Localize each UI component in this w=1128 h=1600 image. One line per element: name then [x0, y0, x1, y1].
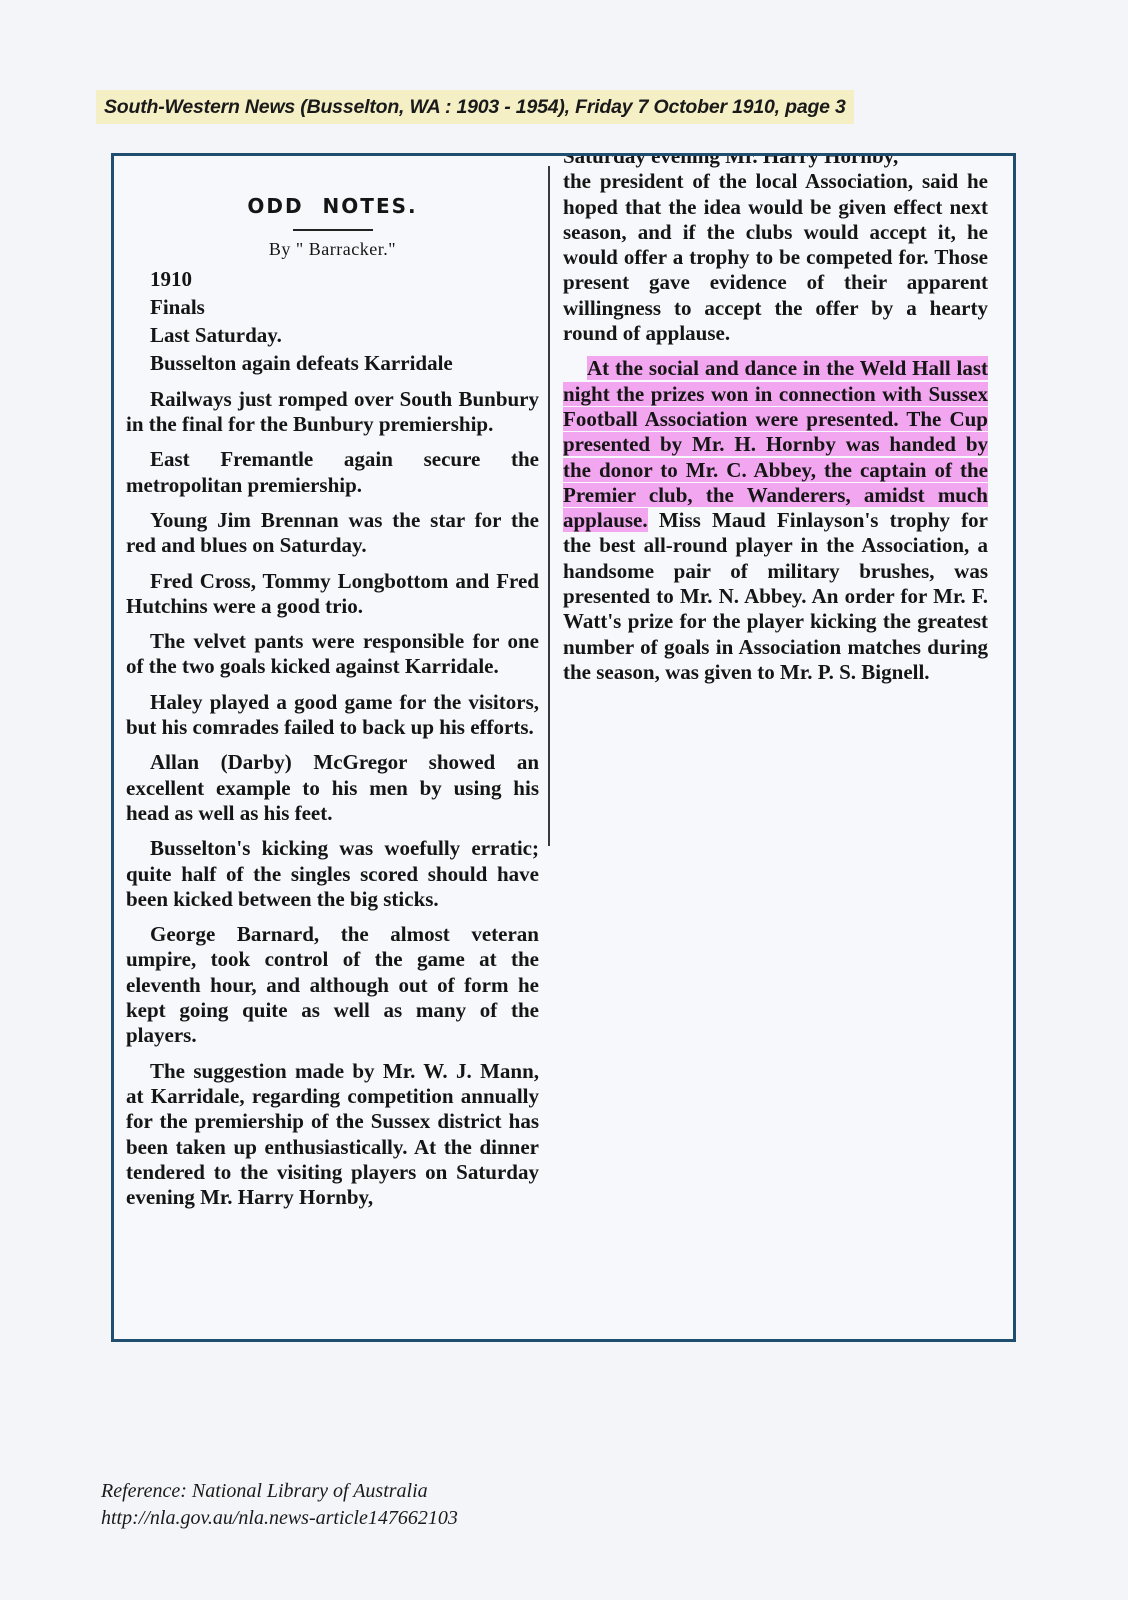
- highlighted-text: At the social and dance in the Weld Hall…: [563, 356, 988, 532]
- paragraph: Busselton's kicking was woefully erratic…: [126, 836, 539, 912]
- short-line: Busselton again defeats Karridale: [126, 351, 539, 376]
- left-column: ODD NOTES. By " Barracker." 1910 Finals …: [126, 156, 539, 1339]
- paragraph-remainder: Miss Maud Finlayson's trophy for the bes…: [563, 508, 988, 684]
- short-line: 1910: [126, 267, 539, 292]
- paragraph: Haley played a good game for the visitor…: [126, 690, 539, 741]
- paragraph: Young Jim Brennan was the star for the r…: [126, 508, 539, 559]
- paragraph-continuation: the president of the local Association, …: [563, 169, 988, 346]
- paragraph: Fred Cross, Tommy Longbottom and Fred Hu…: [126, 569, 539, 620]
- short-line: Last Saturday.: [126, 323, 539, 348]
- article-title: ODD NOTES.: [126, 194, 539, 219]
- paragraph: Allan (Darby) McGregor showed an excelle…: [126, 750, 539, 826]
- title-divider: [293, 229, 373, 231]
- newspaper-clipping: ODD NOTES. By " Barracker." 1910 Finals …: [111, 153, 1016, 1342]
- highlighted-paragraph: At the social and dance in the Weld Hall…: [563, 356, 988, 685]
- column-divider: [548, 166, 550, 846]
- paragraph: The suggestion made by Mr. W. J. Mann, a…: [126, 1059, 539, 1211]
- newspaper-citation: South-Western News (Busselton, WA : 1903…: [96, 90, 854, 124]
- reference-source: Reference: National Library of Australia: [101, 1478, 458, 1505]
- paragraph: East Fremantle again secure the metropol…: [126, 447, 539, 498]
- short-line: Finals: [126, 295, 539, 320]
- article-byline: By " Barracker.": [126, 237, 539, 262]
- paragraph: George Barnard, the almost veteran umpir…: [126, 922, 539, 1048]
- right-column: Saturday evening Mr. Harry Hornby, the p…: [563, 156, 988, 1339]
- cut-off-line: Saturday evening Mr. Harry Hornby,: [563, 153, 988, 169]
- paragraph: The velvet pants were responsible for on…: [126, 629, 539, 680]
- reference-note: Reference: National Library of Australia…: [101, 1478, 458, 1532]
- reference-url: http://nla.gov.au/nla.news-article147662…: [101, 1505, 458, 1532]
- paragraph: Railways just romped over South Bunbury …: [126, 387, 539, 438]
